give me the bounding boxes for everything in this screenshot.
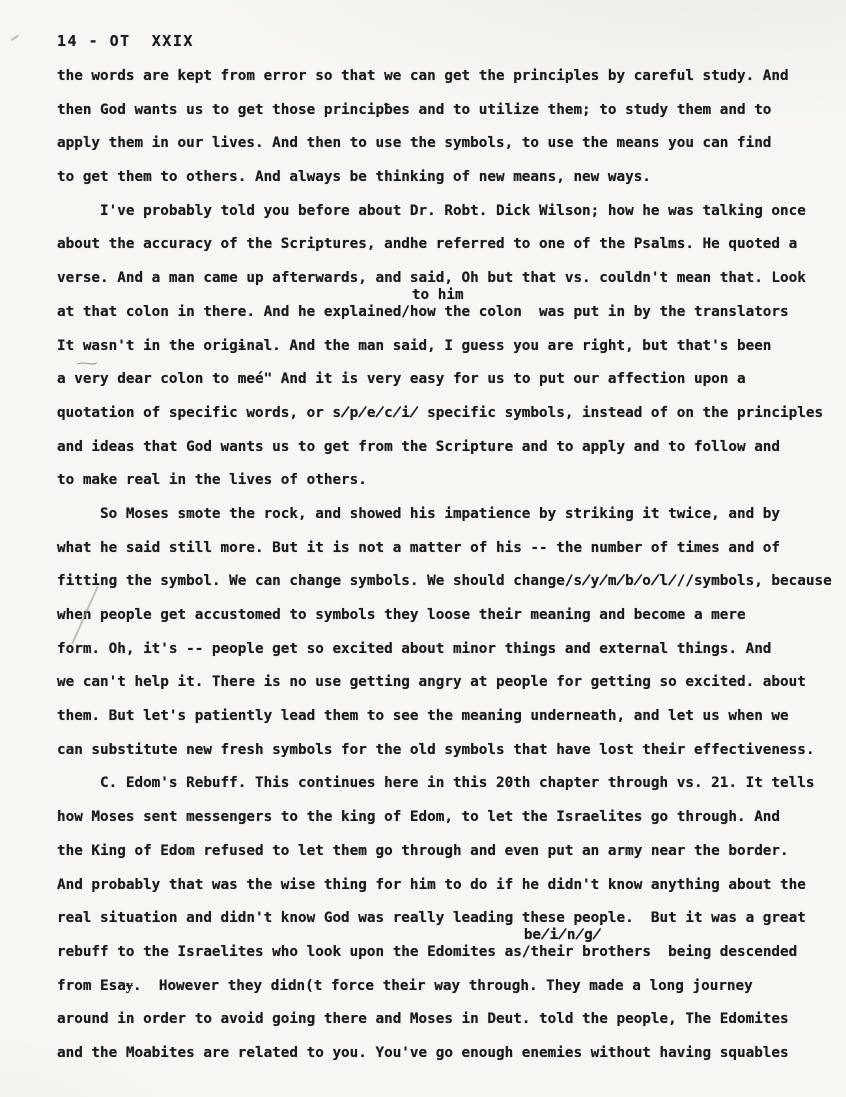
text-run: when people get accustomed to symbols th… xyxy=(57,607,746,623)
interlinear-insertion: be̸i̸n̸g̸ xyxy=(524,928,601,943)
text-run: how Moses sent messengers to the king of… xyxy=(57,809,780,825)
text-run: then God wants us to get those principƀe… xyxy=(57,102,771,118)
text-run: So Moses smote the rock, and showed his … xyxy=(57,506,780,522)
paragraph: I've probably told you before about Dr. … xyxy=(57,195,827,498)
text-line: fitting the symbol. We can change symbol… xyxy=(57,565,827,599)
page-header: 14 - OT XXIX xyxy=(57,32,194,50)
text-line: can substitute new fresh symbols for the… xyxy=(57,734,827,768)
text-run: how the colon was put in by the translat… xyxy=(410,304,789,320)
text-run: from Esaɏ. However they didn(t force the… xyxy=(57,978,753,994)
text-run: apply them in our lives. And then to use… xyxy=(57,135,771,151)
text-run: the King of Edom refused to let them go … xyxy=(57,843,789,859)
text-line: quotation of specific words, or s̸p̸e̸c̸… xyxy=(57,397,827,431)
text-run: around in order to avoid going there and… xyxy=(57,1011,789,1027)
text-line: we can't help it. There is no use gettin… xyxy=(57,666,827,700)
text-run: And probably that was the wise thing for… xyxy=(57,877,806,893)
text-run: a xyxy=(57,371,74,387)
text-run: dear colon to meé" And it is very easy f… xyxy=(109,371,746,387)
text-line: apply them in our lives. And then to use… xyxy=(57,127,827,161)
pencil-tick-top-left xyxy=(11,34,19,40)
text-run: to make real in the lives of others. xyxy=(57,472,367,488)
text-line: rebuff to the Israelites who look upon t… xyxy=(57,936,827,970)
text-run: I've probably told you before about Dr. … xyxy=(57,203,806,219)
interlinear-insertion: to him xyxy=(412,288,464,303)
text-line: and ideas that God wants us to get from … xyxy=(57,431,827,465)
text-run: fitting the symbol. We can change symbol… xyxy=(57,573,832,589)
text-run: verse. And a man came up afterwards, and… xyxy=(57,270,806,286)
text-line: And probably that was the wise thing for… xyxy=(57,869,827,903)
text-line: the King of Edom refused to let them go … xyxy=(57,835,827,869)
text-line: what he said still more. But it is not a… xyxy=(57,532,827,566)
document-body: the words are kept from error so that we… xyxy=(57,60,827,1071)
text-run: It wasn't in the origɨnal. And the man s… xyxy=(57,338,771,354)
text-line: real situation and didn't know God was r… xyxy=(57,902,827,936)
text-line: then God wants us to get those principƀe… xyxy=(57,94,827,128)
paragraph: the words are kept from error so that we… xyxy=(57,60,827,195)
text-line: form. Oh, it's -- people get so excited … xyxy=(57,633,827,667)
text-line: about the accuracy of the Scriptures, an… xyxy=(57,228,827,262)
text-line: to make real in the lives of others. xyxy=(57,464,827,498)
text-run: to get them to others. And always be thi… xyxy=(57,169,651,185)
text-run: and ideas that God wants us to get from … xyxy=(57,439,780,455)
text-run: about the accuracy of the Scriptures, an… xyxy=(57,236,797,252)
text-run: can substitute new fresh symbols for the… xyxy=(57,742,814,758)
text-run: quotation of specific words, or s̸p̸e̸c̸… xyxy=(57,405,823,421)
text-run: very~ xyxy=(74,371,108,387)
scanned-document-page: 14 - OT XXIX the words are kept from err… xyxy=(0,0,846,1097)
text-run: at that colon in there. And he explained… xyxy=(57,304,410,320)
text-line: I've probably told you before about Dr. … xyxy=(57,195,827,229)
text-line: when people get accustomed to symbols th… xyxy=(57,599,827,633)
text-line: from Esaɏ. However they didn(t force the… xyxy=(57,970,827,1004)
text-run: real situation and didn't know God was r… xyxy=(57,910,806,926)
paragraph: So Moses smote the rock, and showed his … xyxy=(57,498,827,768)
text-run: we can't help it. There is no use gettin… xyxy=(57,674,806,690)
text-line: how Moses sent messengers to the king of… xyxy=(57,801,827,835)
text-run: form. Oh, it's -- people get so excited … xyxy=(57,641,771,657)
text-run: them. But let's patiently lead them to s… xyxy=(57,708,789,724)
pencil-squiggle: ~ xyxy=(76,357,98,372)
text-run: and the Moabites are related to you. You… xyxy=(57,1045,789,1061)
text-line: them. But let's patiently lead them to s… xyxy=(57,700,827,734)
text-run: what he said still more. But it is not a… xyxy=(57,540,780,556)
text-line: to get them to others. And always be thi… xyxy=(57,161,827,195)
text-line: So Moses smote the rock, and showed his … xyxy=(57,498,827,532)
text-line: C. Edom's Rebuff. This continues here in… xyxy=(57,767,827,801)
text-line: It wasn't in the origɨnal. And the man s… xyxy=(57,330,827,364)
text-run: rebuff to the Israelites who look upon t… xyxy=(57,944,522,960)
text-run: the words are kept from error so that we… xyxy=(57,68,789,84)
text-line: around in order to avoid going there and… xyxy=(57,1003,827,1037)
text-run: C. Edom's Rebuff. This continues here in… xyxy=(57,775,814,791)
text-line: the words are kept from error so that we… xyxy=(57,60,827,94)
text-run: /their brothers being descendedbe̸i̸n̸g̸ xyxy=(522,944,797,960)
paragraph: C. Edom's Rebuff. This continues here in… xyxy=(57,767,827,1070)
text-line: a very~ dear colon to meé" And it is ver… xyxy=(57,363,827,397)
text-line: and the Moabites are related to you. You… xyxy=(57,1037,827,1071)
text-line: at that colon in there. And he explained… xyxy=(57,296,827,330)
